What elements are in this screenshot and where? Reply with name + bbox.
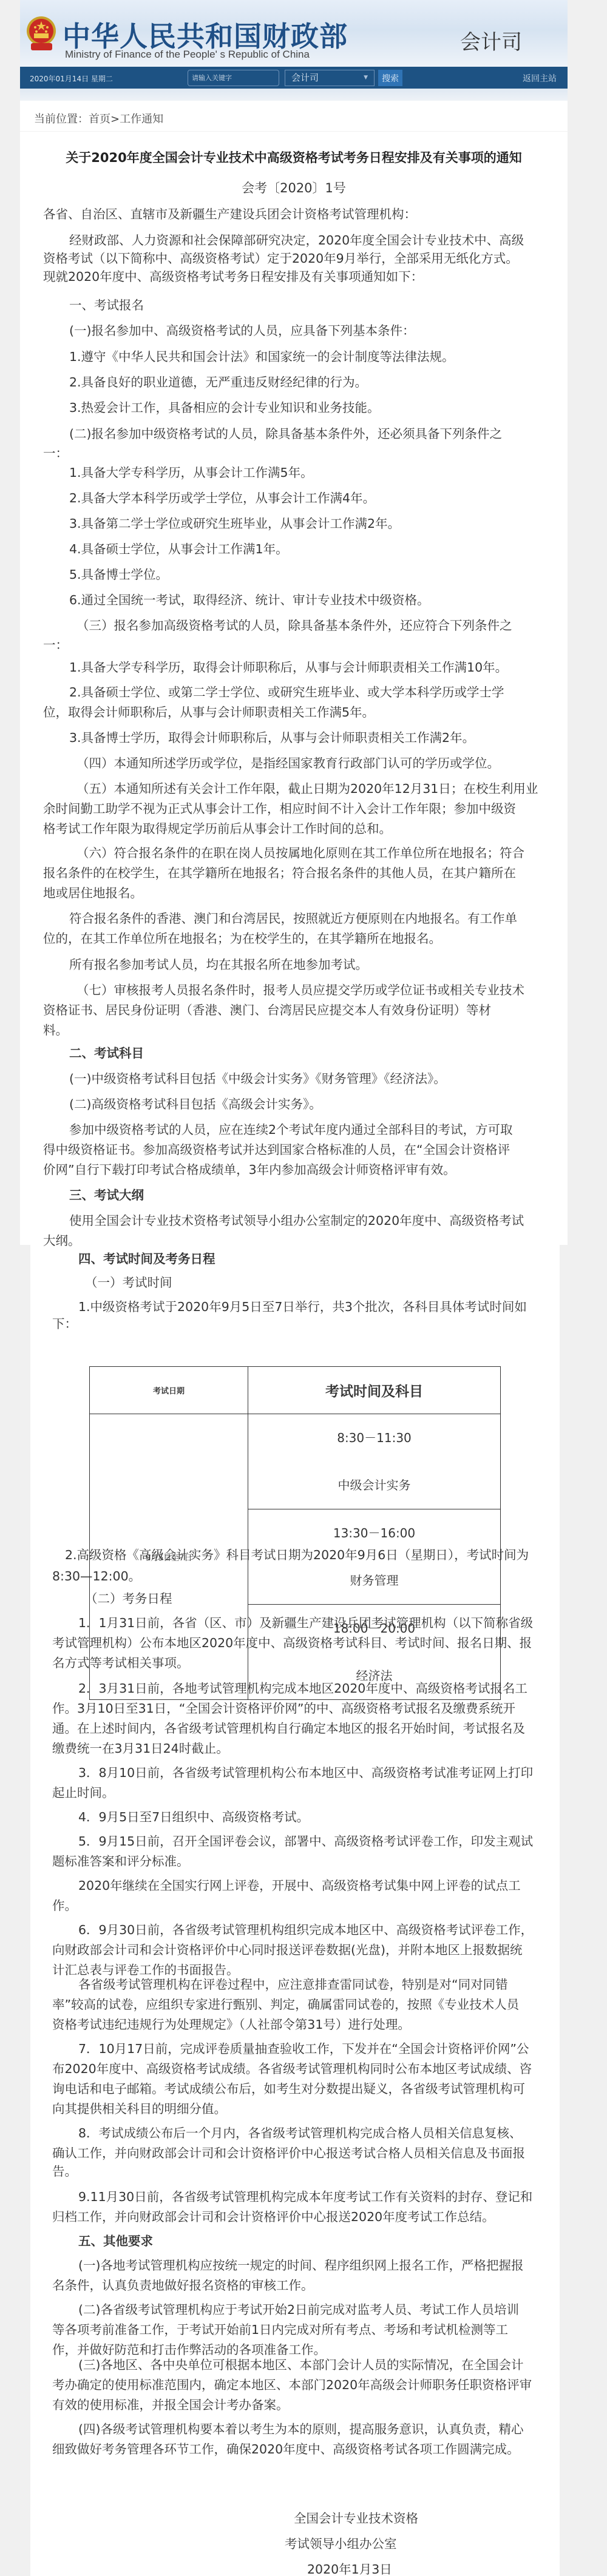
requirement-item: 考办确定的使用标准范围内，确定本地区、本部门2020年高级会计师职务任职资格评审 [52, 2376, 532, 2393]
schedule-item: 名方式等考试相关事项。 [52, 1654, 189, 1671]
paragraph: （六）符合报名条件的在职在岗人员按属地化原则在其工作单位所在地报名；符合 [76, 845, 524, 861]
paragraph: 符合报名条件的香港、澳门和台湾居民，按照就近方便原则在内地报名。有工作单 [69, 910, 517, 927]
schedule-item: 作。 [52, 1897, 77, 1914]
paragraph: 下： [52, 1315, 77, 1332]
sub-heading: （一）考试时间 [85, 1274, 172, 1291]
paragraph: 1.中级资格考试于2020年9月5日至7日举行，共3个批次，各科目具体考试时间如 [78, 1298, 527, 1315]
paragraph: 余时间勤工助学不视为正式从事会计工作，相应时间不计入会计工作年限；参加中级资 [43, 800, 516, 817]
document-title: 关于2020年度全国会计专业技术中高级资格考试考务日程安排及有关事项的通知 [20, 148, 568, 166]
list-item: 3.具备博士学历，取得会计师职称后，从事与会计师职责相关工作满2年。 [69, 729, 475, 746]
list-item: 3.热爱会计工作，具备相应的会计专业知识和业务技能。 [69, 399, 380, 416]
schedule-item: 告。 [52, 2163, 77, 2180]
requirement-item: (四)各级考试管理机构要本着以考生为本的原则，提高服务意识，认真负责，精心 [78, 2421, 524, 2438]
exam-subject: 财务管理 [248, 1557, 500, 1604]
schedule-item: 9.11月30日前，各省级考试管理机构完成本年度考试工作有关资料的封存、登记和 [78, 2188, 532, 2205]
breadcrumb-label: 当前位置： [34, 113, 89, 126]
paragraph: 位的，在其工作单位所在地报名；为在校学生的，在其学籍所在地报名。 [43, 930, 441, 947]
breadcrumb-home-link[interactable]: 首页 [89, 113, 110, 126]
list-item: 4.具备硕士学位，从事会计工作满1年。 [69, 541, 288, 558]
paragraph: (一)报名参加中、高级资格考试的人员，应具备下列基本条件： [69, 322, 415, 339]
list-item: 5.具备博士学位。 [69, 566, 168, 583]
paragraph: 8:30—12:00。 [52, 1568, 141, 1585]
signature-line: 考试领导小组办公室 [285, 2534, 397, 2552]
search-button[interactable]: 搜索 [378, 70, 402, 86]
paragraph: 一： [43, 636, 68, 653]
requirement-item: (一)各地考试管理机构应按统一规定的时间、程序组织网上报名工作，严格把握报 [78, 2257, 524, 2274]
national-emblem-icon [25, 15, 58, 53]
schedule-item: 率”较高的试卷，应组织专家进行甄别、判定，确属雷同试卷的，按照《专业技术人员 [52, 1996, 519, 2013]
schedule-item: 6．9月30日前，各省级考试管理机构组织完成本地区中、高级资格考试评卷工作， [78, 1921, 533, 1938]
paragraph: 料。 [43, 1022, 68, 1039]
department-select-value: 会计司 [291, 72, 319, 83]
department-select[interactable]: 会计司 ▼ [285, 70, 375, 86]
list-item: 2.具备良好的职业道德，无严重违反财经纪律的行为。 [69, 374, 367, 391]
schedule-item: 2．3月31日前，各地考试管理机构完成本地区2020年度中、高级资格考试报名工 [78, 1680, 527, 1697]
table-header: 考试时间及科目 [248, 1367, 501, 1414]
schedule-item: 2020年继续在全国实行网上评卷，开展中、高级资格考试集中网上评卷的试点工 [78, 1877, 521, 1894]
schedule-item: 7．10月17日前，完成评卷质量抽查验收工作，下发并在“全国会计资格评价网”公 [78, 2040, 529, 2057]
paragraph: （四）本通知所述学历或学位，是指经国家教育行政部门认可的学历或学位。 [76, 755, 500, 772]
schedule-item: 作。3月10日至31日，“全国会计资格评价网”的中、高级资格考试报名及缴费系统开 [52, 1700, 515, 1717]
schedule-item: 通。在上述时间内，各省级考试管理机构自行确定本地区的报名开始时间，考试报名及 [52, 1720, 525, 1737]
requirement-item: 作，并做好防范和打击作弊活动的各项准备工作。 [52, 2341, 326, 2358]
paragraph: 格考试工作年限为取得规定学历前后从事会计工作时间的总和。 [43, 820, 392, 837]
list-item: 位，取得会计师职称后，从事与会计师职责相关工作满5年。 [43, 704, 375, 721]
requirement-item: 细致做好考务管理各环节工作，确保2020年度中、高级资格考试各项工作圆满完成。 [52, 2441, 520, 2458]
schedule-item: 向其提供相关科目的明细分值。 [52, 2100, 226, 2117]
chevron-down-icon: ▼ [364, 70, 368, 86]
schedule-item: 考试管理机构）公布本地区2020年度中、高级资格考试科目、考试时间、报名日期、报 [52, 1634, 532, 1651]
breadcrumb-current-link[interactable]: 工作通知 [120, 113, 163, 126]
schedule-item: 起止时间。 [52, 1784, 115, 1801]
schedule-item: 4．9月5日至7日组织中、高级资格考试。 [78, 1809, 309, 1826]
list-item: 3.具备第二学士学位或研究生班毕业，从事会计工作满2年。 [69, 515, 400, 532]
list-item: 1.具备大学专科学历，从事会计工作满5年。 [69, 464, 313, 481]
schedule-item: 归档工作，并向财政部会计司和会计资格评价中心报送2020年度考试工作总结。 [52, 2208, 495, 2225]
back-to-main-site-link[interactable]: 返回主站 [523, 72, 557, 84]
site-subtitle: Ministry of Finance of the People' s Rep… [65, 49, 310, 61]
paragraph: 参加中级资格考试的人员，应在连续2个考试年度内通过全部科目的考试，方可取 [69, 1121, 513, 1138]
navbar: 2020年01月14日 星期二 会计司 ▼ 搜索 返回主站 [20, 67, 568, 89]
requirement-item: 有效的使用标准，并报全国会计考办备案。 [52, 2396, 289, 2413]
paragraph: 地或居住地报名。 [43, 885, 143, 902]
requirement-item: (二)各省级考试管理机构应于考试开始2日前完成对监考人员、考试工作人员培训 [78, 2301, 519, 2318]
intro-line: 现就2020年度中、高级资格考试考务日程安排及有关事项通知如下： [43, 268, 423, 285]
list-item: 6.通过全国统一考试，取得经济、统计、审计专业技术中级资格。 [69, 592, 430, 609]
exam-slot-cell: 8:30－11:30 中级会计实务 [248, 1414, 501, 1509]
salutation: 各省、自治区、直辖市及新疆生产建设兵团会计资格考试管理机构： [43, 206, 416, 223]
section-heading: 三、考试大纲 [69, 1187, 144, 1204]
list-item: 1.遵守《中华人民共和国会计法》和国家统一的会计制度等法律法规。 [69, 348, 455, 365]
section-heading: 五、其他要求 [78, 2233, 153, 2250]
schedule-item: 确认工作，并向财政部会计司和会计资格评价中心报送考试合格人员相关信息及书面报 [52, 2145, 525, 2162]
breadcrumb-separator: > [110, 113, 120, 126]
exam-time: 8:30－11:30 [248, 1414, 500, 1462]
paragraph: (二)报名参加中级资格考试的人员，除具备基本条件外，还必须具备下列条件之 [69, 425, 502, 442]
table-header: 考试日期 [90, 1367, 248, 1414]
intro-line: 经财政部、人力资源和社会保障部研究决定，2020年度全国会计专业技术中、高级 [69, 232, 524, 249]
paragraph: （七）审核报考人员报名条件时，报考人员应提交学历或学位证书或相关专业技术 [76, 982, 524, 999]
list-item: 2.具备硕士学位、或第二学士学位、或研究生班毕业、或大学本科学历或学士学 [69, 684, 504, 701]
paragraph: 资格证书、居民身份证明（香港、澳门、台湾居民应提交本人有效身份证明）等材 [43, 1002, 491, 1019]
paragraph: 2.高级资格《高级会计实务》科目考试日期为2020年9月6日（星期日），考试时间… [65, 1546, 529, 1563]
requirement-item: 等各项考前准备工作，于考试开始前1日内完成对所有考点、考场和考试机检测等工 [52, 2321, 508, 2338]
schedule-item: 8．考试成绩公布后一个月内，各省级考试管理机构完成合格人员相关信息复核、 [78, 2125, 522, 2142]
divider [20, 131, 568, 132]
section-heading: 四、考试时间及考务日程 [78, 1250, 215, 1267]
schedule-item: 题标准答案和评分标准。 [52, 1853, 189, 1870]
department-name: 会计司 [460, 25, 522, 55]
requirement-item: (三)各地区、各中央单位可根据本地区、本部门会计人员的实际情况，在全国会计 [78, 2356, 524, 2373]
paragraph: （五）本通知所述有关会计工作年限，截止日期为2020年12月31日；在校生利用业 [76, 780, 538, 797]
signature-date: 2020年1月3日 [307, 2559, 392, 2576]
paragraph: 使用全国会计专业技术资格考试领导小组办公室制定的2020年度中、高级资格考试 [69, 1212, 524, 1229]
intro-line: 资格考试（以下简称中、高级资格考试）定于2020年9月举行，全部采用无纸化方式。 [43, 250, 518, 267]
table-row: 9月5日至7日 8:30－11:30 中级会计实务 [90, 1414, 501, 1509]
search-input[interactable] [188, 70, 279, 86]
paragraph: 大纲。 [43, 1232, 81, 1249]
paragraph: (一)中级资格考试科目包括《中级会计实务》《财务管理》《经济法》。 [69, 1070, 446, 1087]
schedule-item: 资格考试违纪违规行为处理规定》（人社部令第31号）进行处理。 [52, 2016, 410, 2033]
document-number: 会考〔2020〕1号 [20, 178, 568, 197]
paragraph: 报名条件的在校学生，在其学籍所在地报名；符合报名条件的其他人员，在其户籍所在 [43, 865, 516, 882]
table-header-row: 考试日期 考试时间及科目 [90, 1367, 501, 1414]
requirement-item: 名条件，认真负责地做好报名资格的审核工作。 [52, 2277, 314, 2294]
schedule-item: 缴费统一在3月31日24时截止。 [52, 1740, 229, 1757]
breadcrumb: 当前位置：首页>工作通知 [34, 110, 163, 126]
paragraph: 一： [43, 445, 68, 462]
page: 中华人民共和国财政部 Ministry of Finance of the Pe… [0, 0, 607, 2576]
schedule-item: 布2020年度中、高级资格考试成绩。各省级考试管理机构同时公布本地区考试成绩、咨 [52, 2060, 532, 2077]
site-header: 中华人民共和国财政部 Ministry of Finance of the Pe… [20, 0, 568, 67]
paragraph: 价网”自行下载打印考试合格成绩单，3年内参加高级会计师资格评审有效。 [43, 1161, 456, 1178]
schedule-item: 1．1月31日前，各省（区、市）及新疆生产建设兵团考试管理机构（以下简称省级 [78, 1614, 533, 1631]
schedule-item: 向财政部会计司和会计资格评价中心同时报送评卷数据(光盘)，并附本地区上报数据统 [52, 1941, 523, 1958]
paragraph: 所有报名参加考试人员，均在其报名所在地参加考试。 [69, 956, 368, 973]
schedule-item: 各省级考试管理机构在评卷过程中，应注意排查雷同试卷，特别是对“同对同错 [78, 1976, 508, 1993]
schedule-item: 询电话和电子邮箱。考试成绩公布后，如考生对分数提出疑义，各省级考试管理机构可 [52, 2080, 525, 2097]
list-item: 1.具备大学专科学历，取得会计师职称后，从事与会计师职责相关工作满10年。 [69, 659, 507, 676]
section-heading: 一、考试报名 [69, 297, 144, 314]
header-divider-band [20, 89, 568, 101]
schedule-item: 3．8月10日前，各省级考试管理机构公布本地区中、高级资格考试准考证网上打印 [78, 1764, 533, 1781]
paragraph: 得中级资格证书。参加高级资格考试并达到国家合格标准的人员，在“全国会计资格评 [43, 1141, 510, 1158]
paragraph: (二)高级资格考试科目包括《高级会计实务》。 [69, 1096, 322, 1113]
sub-heading: （二）考务日程 [85, 1590, 172, 1607]
current-date: 2020年01月14日 星期二 [30, 73, 113, 84]
paragraph: （三）报名参加高级资格考试的人员，除具备基本条件外，还应符合下列条件之 [76, 617, 512, 634]
section-heading: 二、考试科目 [69, 1045, 144, 1062]
list-item: 2.具备大学本科学历或学士学位，从事会计工作满4年。 [69, 490, 375, 507]
exam-subject: 中级会计实务 [248, 1462, 500, 1509]
signature-line: 全国会计专业技术资格 [294, 2508, 418, 2526]
schedule-item: 5．9月15日前，召开全国评卷会议，部署中、高级资格考试评卷工作，印发主观试 [78, 1833, 533, 1850]
